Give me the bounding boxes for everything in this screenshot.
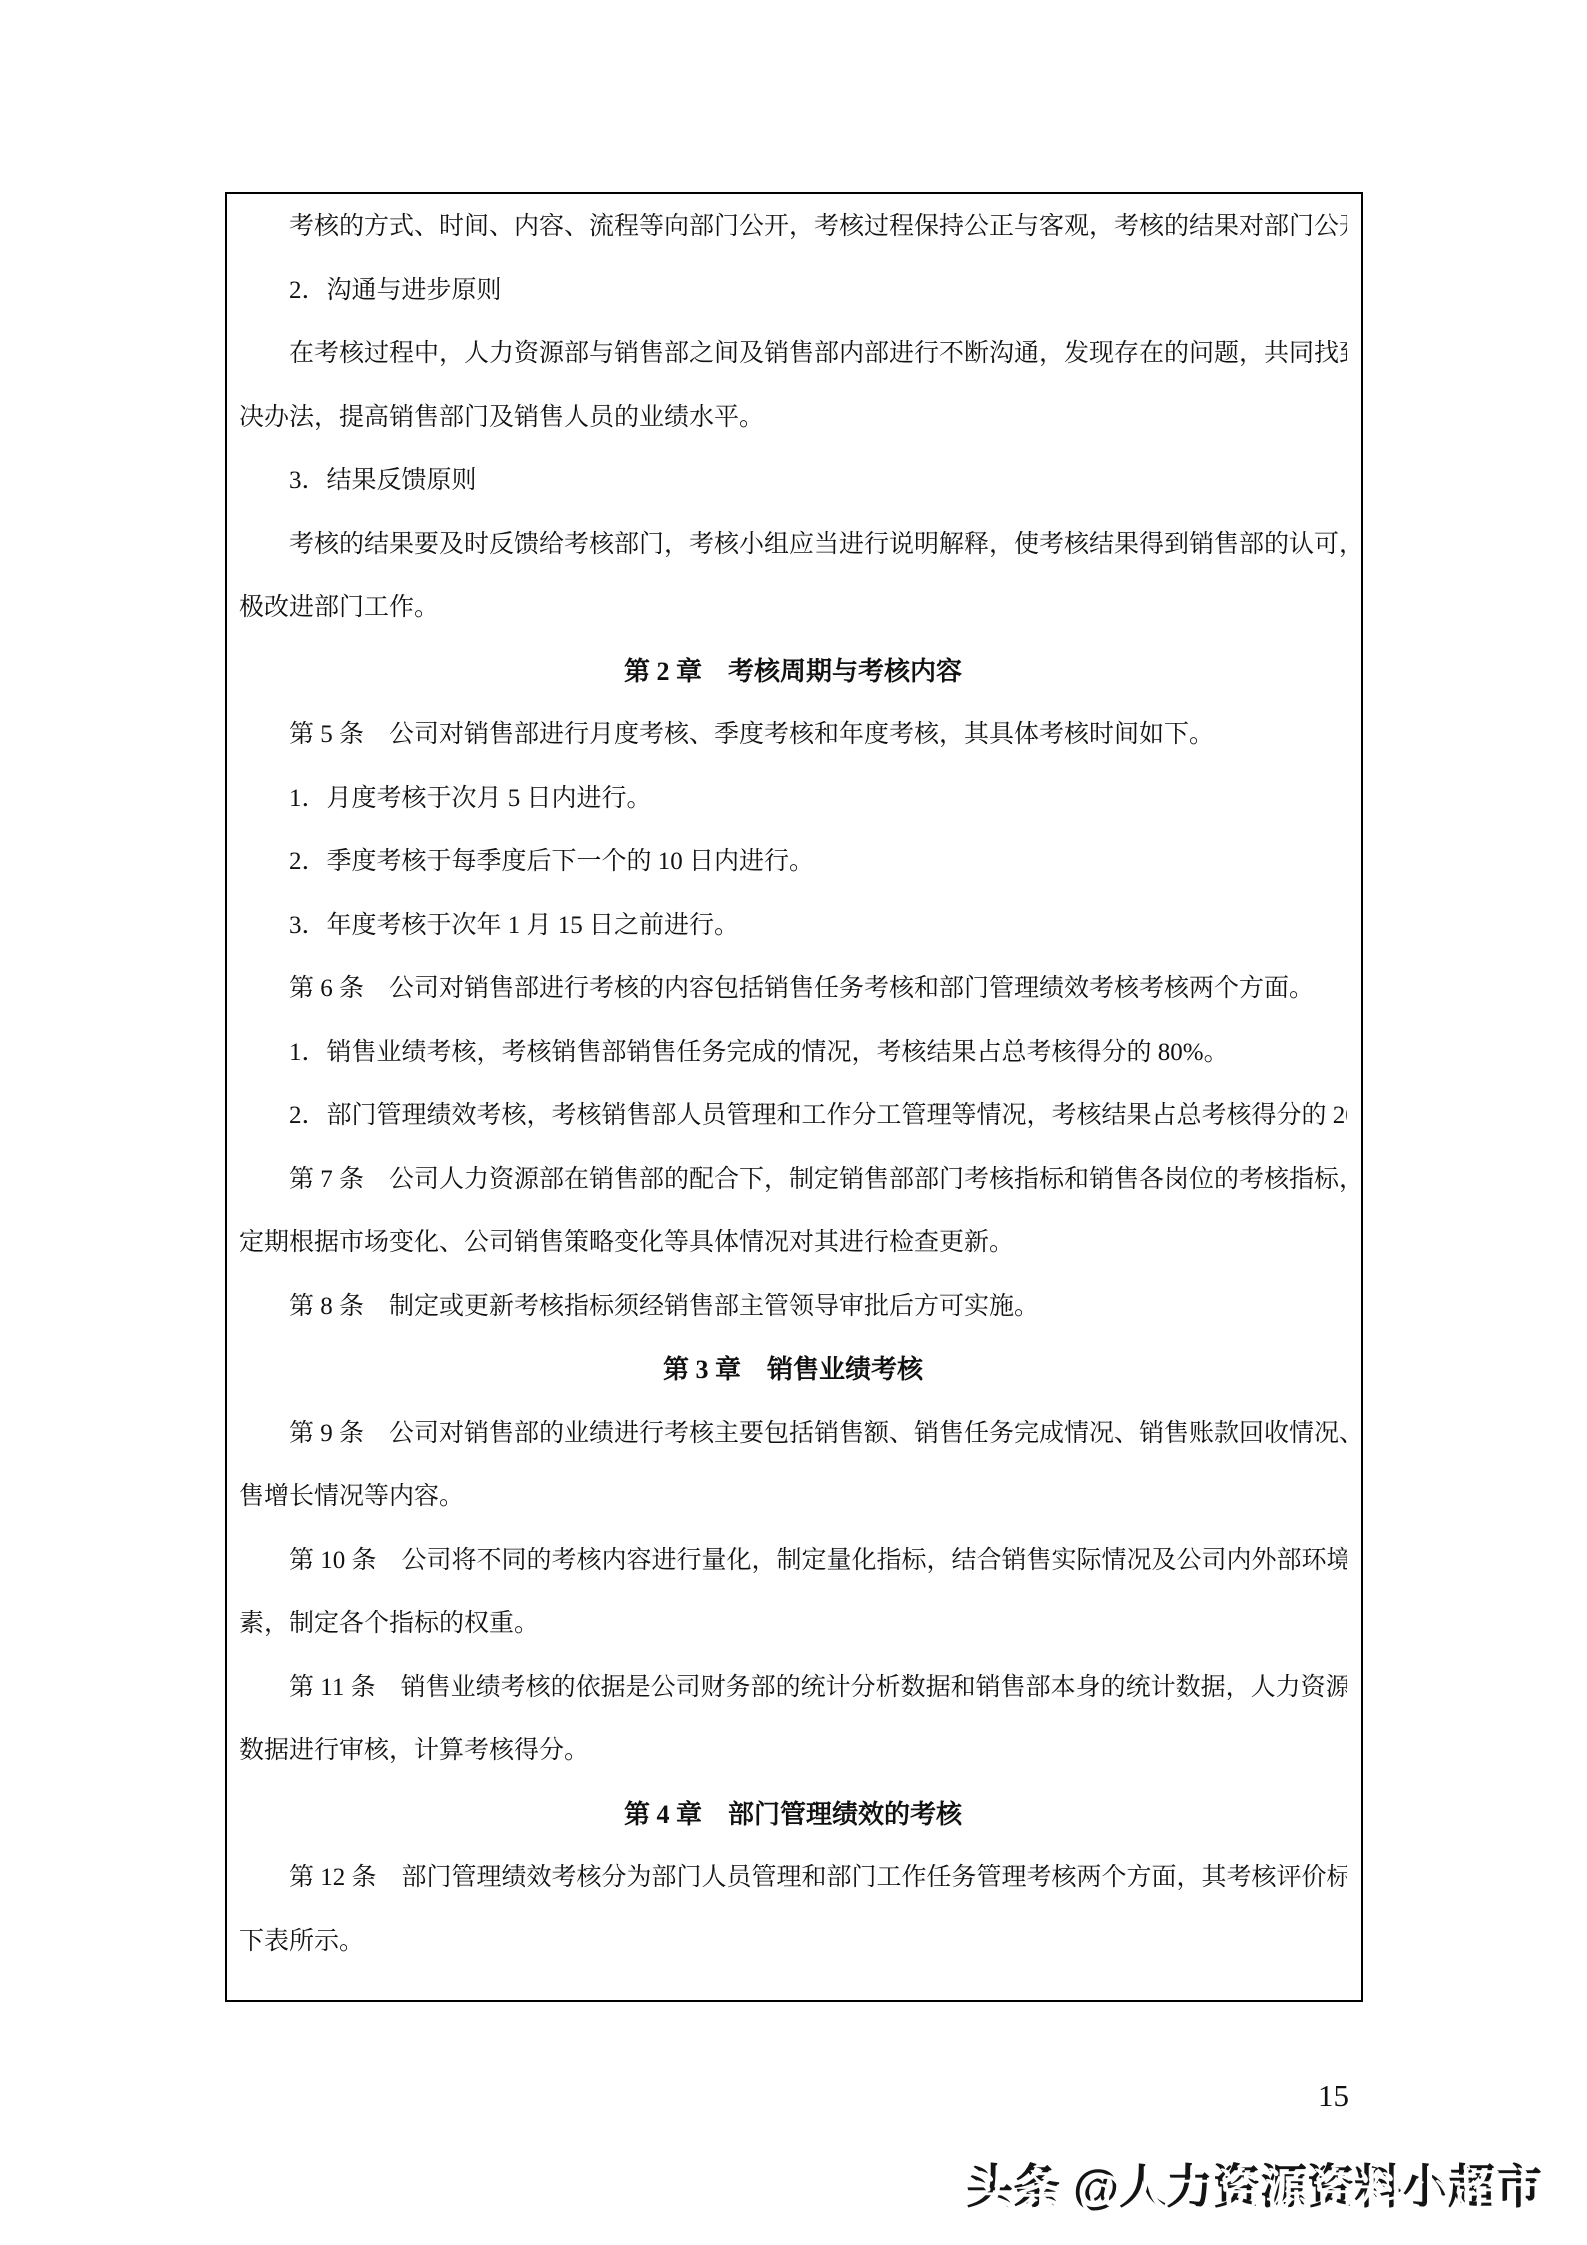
document-line: 下表所示。: [239, 1910, 1347, 1974]
document-border-box: 考核的方式、时间、内容、流程等向部门公开，考核过程保持公正与客观，考核的结果对部…: [225, 192, 1363, 2002]
document-line: 2．季度考核于每季度后下一个的 10 日内进行。: [239, 830, 1347, 894]
watermark: 头条 @人力资源资料小超市 头条 @人力资源资料小超市: [966, 2150, 1542, 2217]
document-line: 素，制定各个指标的权重。: [239, 1592, 1347, 1656]
document-page: 考核的方式、时间、内容、流程等向部门公开，考核过程保持公正与客观，考核的结果对部…: [0, 0, 1587, 2245]
document-line: 定期根据市场变化、公司销售策略变化等具体情况对其进行检查更新。: [239, 1211, 1347, 1275]
document-line: 第 10 条 公司将不同的考核内容进行量化，制定量化指标，结合销售实际情况及公司…: [239, 1529, 1347, 1593]
document-line: 数据进行审核，计算考核得分。: [239, 1719, 1347, 1783]
document-line: 1．销售业绩考核，考核销售部销售任务完成的情况，考核结果占总考核得分的 80%。: [239, 1021, 1347, 1085]
watermark-text-highlight: 头条 @人力资源资料小超市: [971, 2155, 1547, 2222]
document-line: 极改进部门工作。: [239, 576, 1347, 640]
chapter-heading: 第 3 章 销售业绩考核: [239, 1338, 1347, 1402]
chapter-heading: 第 4 章 部门管理绩效的考核: [239, 1783, 1347, 1847]
document-line: 第 8 条 制定或更新考核指标须经销售部主管领导审批后方可实施。: [239, 1275, 1347, 1339]
document-line: 2．沟通与进步原则: [239, 259, 1347, 323]
document-line: 在考核过程中，人力资源部与销售部之间及销售部内部进行不断沟通，发现存在的问题，共…: [239, 322, 1347, 386]
document-text: 考核的方式、时间、内容、流程等向部门公开，考核过程保持公正与客观，考核的结果对部…: [227, 194, 1361, 1973]
document-line: 2．部门管理绩效考核，考核销售部人员管理和工作分工管理等情况，考核结果占总考核得…: [239, 1084, 1347, 1148]
document-line: 第 6 条 公司对销售部进行考核的内容包括销售任务考核和部门管理绩效考核考核两个…: [239, 957, 1347, 1021]
document-line: 考核的结果要及时反馈给考核部门，考核小组应当进行说明解释，使考核结果得到销售部的…: [239, 513, 1347, 577]
document-line: 考核的方式、时间、内容、流程等向部门公开，考核过程保持公正与客观，考核的结果对部…: [239, 195, 1347, 259]
page-number: 15: [1318, 2078, 1349, 2114]
document-line: 第 9 条 公司对销售部的业绩进行考核主要包括销售额、销售任务完成情况、销售账款…: [239, 1402, 1347, 1466]
document-line: 第 5 条 公司对销售部进行月度考核、季度考核和年度考核，其具体考核时间如下。: [239, 703, 1347, 767]
document-line: 3．年度考核于次年 1 月 15 日之前进行。: [239, 894, 1347, 958]
document-line: 1．月度考核于次月 5 日内进行。: [239, 767, 1347, 831]
document-line: 第 11 条 销售业绩考核的依据是公司财务部的统计分析数据和销售部本身的统计数据…: [239, 1656, 1347, 1720]
document-line: 售增长情况等内容。: [239, 1465, 1347, 1529]
document-line: 决办法，提高销售部门及销售人员的业绩水平。: [239, 386, 1347, 450]
document-line: 第 7 条 公司人力资源部在销售部的配合下，制定销售部部门考核指标和销售各岗位的…: [239, 1148, 1347, 1212]
chapter-heading: 第 2 章 考核周期与考核内容: [239, 640, 1347, 704]
document-line: 3．结果反馈原则: [239, 449, 1347, 513]
document-line: 第 12 条 部门管理绩效考核分为部门人员管理和部门工作任务管理考核两个方面，其…: [239, 1846, 1347, 1910]
